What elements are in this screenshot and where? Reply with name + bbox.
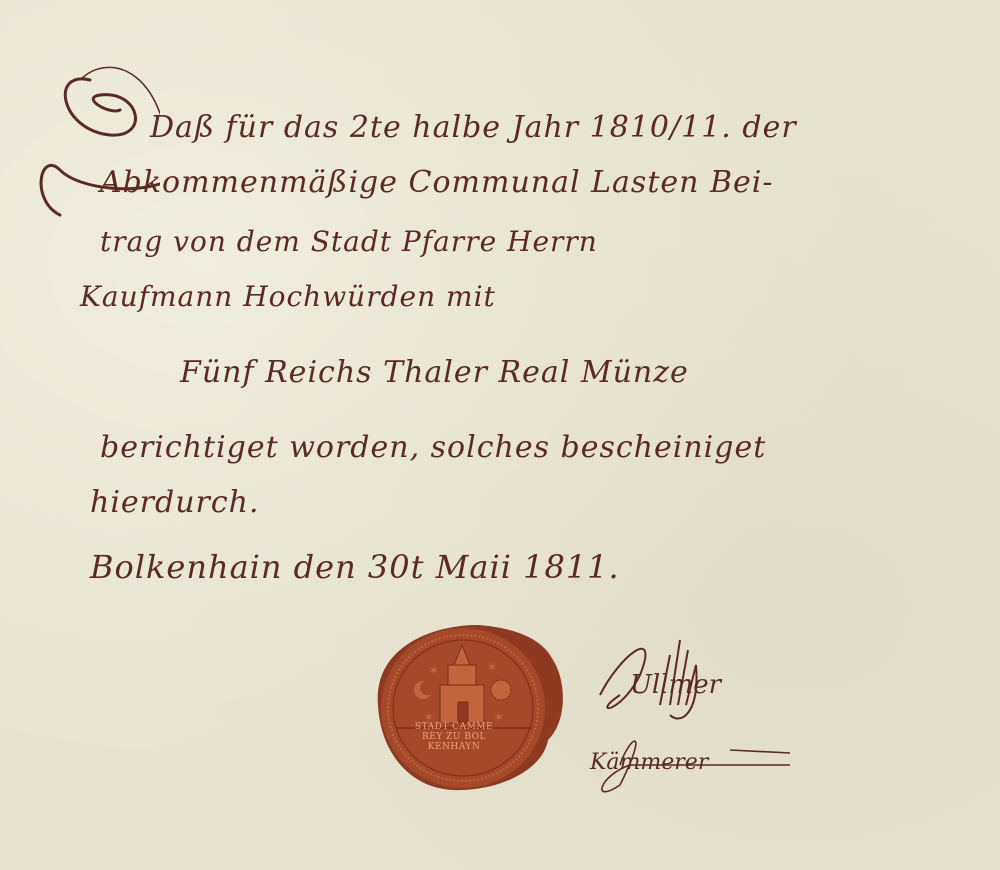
decorated-initial-d-icon bbox=[20, 40, 160, 240]
text-line-6: berichtiget worden, solches bescheiniget bbox=[100, 430, 766, 465]
seal-text-line-3: KENHAYN bbox=[392, 742, 516, 752]
signature-title: Kämmerer bbox=[590, 750, 708, 775]
text-line-2: Abkommenmäßige Communal Lasten Bei- bbox=[100, 165, 774, 200]
text-line-amount: Fünf Reichs Thaler Real Münze bbox=[180, 355, 689, 390]
text-line-date: Bolkenhain den 30t Maii 1811. bbox=[90, 548, 620, 586]
signature-block: Ullmer Kämmerer bbox=[560, 615, 840, 795]
svg-text:✶: ✶ bbox=[486, 660, 498, 676]
seal-text-line-2: REY ZU BOL bbox=[392, 732, 516, 742]
sun-icon bbox=[491, 680, 511, 700]
seal-inscription: STADT CAMME REY ZU BOL KENHAYN bbox=[392, 722, 516, 752]
wax-seal: ✶ ✶ ✶ ✶ bbox=[368, 620, 568, 795]
text-line-4: Kaufmann Hochwürden mit bbox=[80, 280, 496, 313]
text-line-1: Daß für das 2te halbe Jahr 1810/11. der bbox=[150, 110, 797, 145]
svg-text:✶: ✶ bbox=[428, 663, 440, 679]
document-page: Daß für das 2te halbe Jahr 1810/11. der … bbox=[0, 0, 1000, 870]
signature-name: Ullmer bbox=[630, 670, 721, 700]
seal-text-line-1: STADT CAMME bbox=[392, 722, 516, 732]
text-line-7: hierdurch. bbox=[90, 485, 260, 520]
text-line-3: trag von dem Stadt Pfarre Herrn bbox=[100, 225, 598, 258]
